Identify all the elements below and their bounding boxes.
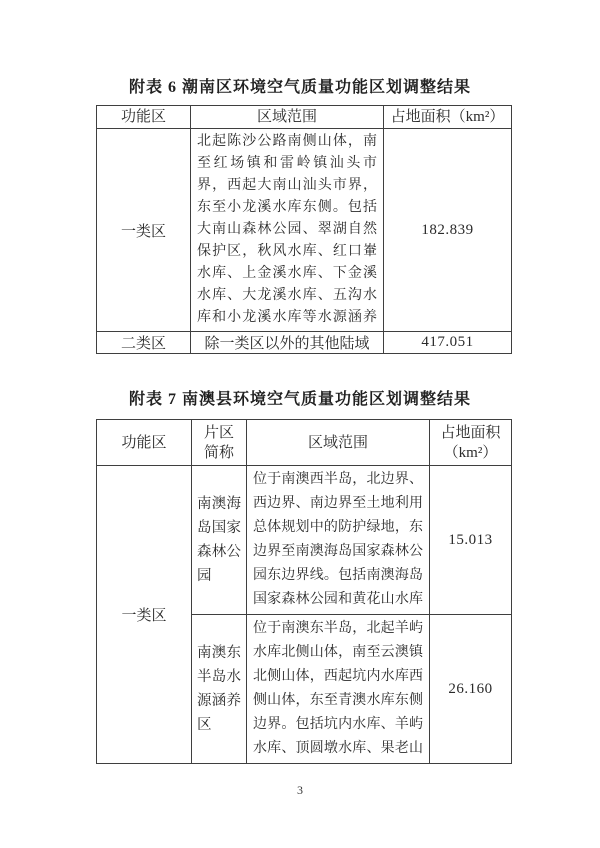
table6-class2-scope-cell: 除一类区以外的其他陆域 xyxy=(191,332,384,354)
table6-header-zone: 功能区 xyxy=(97,106,191,129)
table7-class1-zone-cell: 一类区 xyxy=(97,466,192,764)
table7-forest-park-scope-cell: 位于南澳西半岛，北边界、西边界、南边界至土地利用总体规划中的防护绿地，东边界至南… xyxy=(247,466,430,615)
table7-forest-park-scope-text: 位于南澳西半岛，北边界、西边界、南边界至土地利用总体规划中的防护绿地，东边界至南… xyxy=(247,466,429,614)
table6-header-area: 占地面积（km²） xyxy=(384,106,512,129)
table7-nanao: 功能区 片区 简称 区域范围 占地面积 （km²） 一类区 南澳海岛国家森林公园… xyxy=(96,419,512,764)
table7-header-zone: 功能区 xyxy=(97,420,192,466)
table7-header-row: 功能区 片区 简称 区域范围 占地面积 （km²） xyxy=(97,420,512,466)
table7-water-conservation-area-cell: 26.160 xyxy=(430,615,512,764)
table6-class2-area-cell: 417.051 xyxy=(384,332,512,354)
table6-class2-zone-cell: 二类区 xyxy=(97,332,191,354)
table7-water-conservation-scope-text: 位于南澳东半岛，北起羊屿水库北侧山体，南至云澳镇北侧山体，西起坑内水库西侧山体，… xyxy=(247,615,429,763)
table6-class1-scope-cell: 北起陈沙公路南侧山体，南至红场镇和雷岭镇汕头市界，西起大南山汕头市界，东至小龙溪… xyxy=(191,129,384,332)
table6-class1-area-cell: 182.839 xyxy=(384,129,512,332)
table6-header-scope: 区域范围 xyxy=(191,106,384,129)
table6-title: 附表 6 潮南区环境空气质量功能区划调整结果 xyxy=(0,78,600,97)
table7-row-forest-park: 一类区 南澳海岛国家森林公园 位于南澳西半岛，北边界、西边界、南边界至土地利用总… xyxy=(97,466,512,615)
table7-forest-park-area-cell: 15.013 xyxy=(430,466,512,615)
document-page: 附表 6 潮南区环境空气质量功能区划调整结果 功能区 区域范围 占地面积（km²… xyxy=(0,0,600,848)
table7-water-conservation-district-cell: 南澳东半岛水源涵养区 xyxy=(192,615,247,764)
table6-class1-zone-cell: 一类区 xyxy=(97,129,191,332)
table7-water-conservation-scope-cell: 位于南澳东半岛，北起羊屿水库北侧山体，南至云澳镇北侧山体，西起坑内水库西侧山体，… xyxy=(247,615,430,764)
table7-header-scope: 区域范围 xyxy=(247,420,430,466)
table7-title: 附表 7 南澳县环境空气质量功能区划调整结果 xyxy=(0,390,600,409)
table6-chaonan: 功能区 区域范围 占地面积（km²） 一类区 北起陈沙公路南侧山体，南至红场镇和… xyxy=(96,105,512,354)
table6-row-class2: 二类区 除一类区以外的其他陆域 417.051 xyxy=(97,332,512,354)
table6-header-row: 功能区 区域范围 占地面积（km²） xyxy=(97,106,512,129)
table6-row-class1: 一类区 北起陈沙公路南侧山体，南至红场镇和雷岭镇汕头市界，西起大南山汕头市界，东… xyxy=(97,129,512,332)
table7-header-area: 占地面积 （km²） xyxy=(430,420,512,466)
table7-forest-park-district-cell: 南澳海岛国家森林公园 xyxy=(192,466,247,615)
table7-forest-park-district-text: 南澳海岛国家森林公园 xyxy=(192,490,246,590)
page-number: 3 xyxy=(0,783,600,798)
table7-water-conservation-district-text: 南澳东半岛水源涵养区 xyxy=(192,639,246,739)
table6-class1-scope-text: 北起陈沙公路南侧山体，南至红场镇和雷岭镇汕头市界，西起大南山汕头市界，东至小龙溪… xyxy=(191,129,383,331)
table7-header-district: 片区 简称 xyxy=(192,420,247,466)
